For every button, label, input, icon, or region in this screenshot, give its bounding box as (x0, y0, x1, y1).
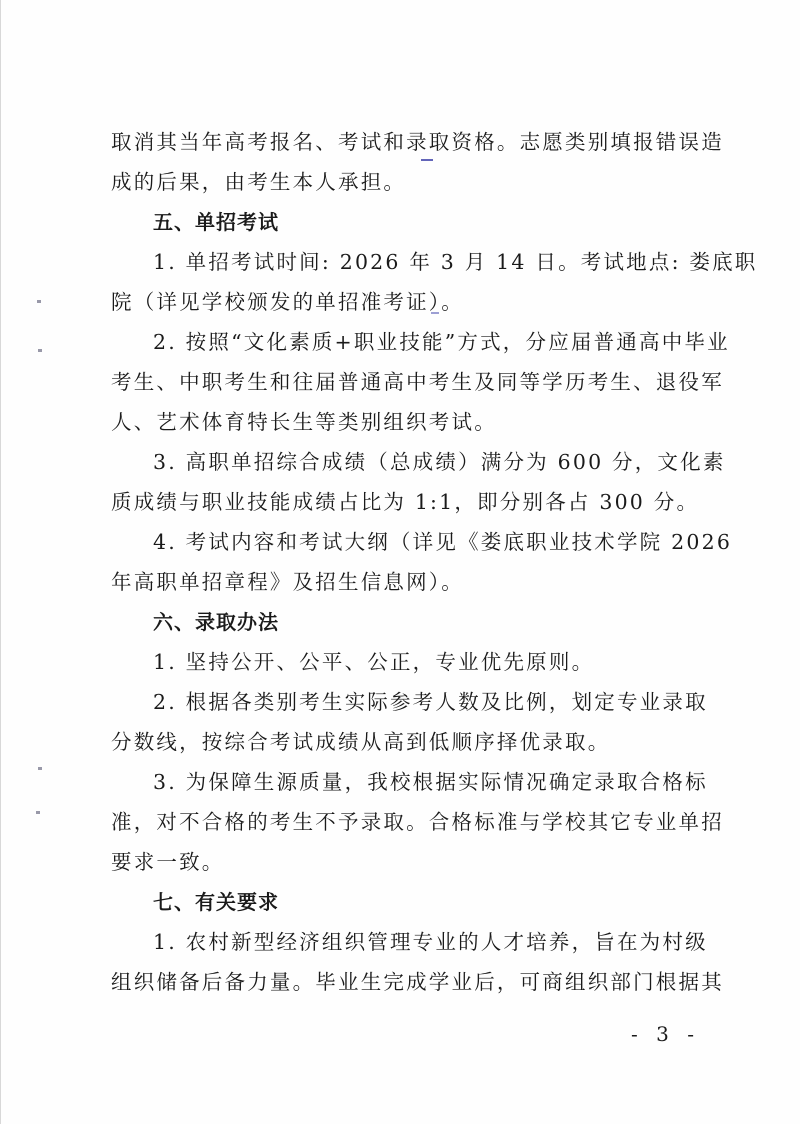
body-line: 分数线，按综合考试成绩从高到低顺序择优录取。 (111, 722, 696, 762)
body-line: 取消其当年高考报名、考试和录取资格。志愿类别填报错误造 (111, 122, 696, 162)
body-line: 1. 农村新型经济组织管理专业的人才培养，旨在为村级 (111, 922, 696, 962)
body-line: 考生、中职考生和往届普通高中考生及同等学历考生、退役军 (111, 362, 696, 402)
section-heading: 七、有关要求 (111, 882, 696, 922)
body-line: 1. 单招考试时间: 2026 年 3 月 14 日。考试地点: 娄底职 (111, 242, 696, 282)
body-line: 2. 根据各类别考生实际参考人数及比例，划定专业录取 (111, 682, 696, 722)
body-line: 质成绩与职业技能成绩占比为 1:1，即分别各占 300 分。 (111, 482, 696, 522)
document-body: 取消其当年高考报名、考试和录取资格。志愿类别填报错误造 成的后果，由考生本人承担… (111, 122, 696, 1002)
section-heading: 五、单招考试 (111, 202, 696, 242)
body-line: 成的后果，由考生本人承担。 (111, 162, 696, 202)
body-line: 院（详见学校颁发的单招准考证）。 (111, 282, 696, 322)
body-line: 3. 为保障生源质量，我校根据实际情况确定录取合格标 (111, 762, 696, 802)
body-line: 2. 按照“文化素质+职业技能”方式，分应届普通高中毕业 (111, 322, 696, 362)
body-line: 1. 坚持公开、公平、公正，专业优先原则。 (111, 642, 696, 682)
page-number: - 3 - (631, 1022, 700, 1046)
body-line: 要求一致。 (111, 842, 696, 882)
scan-speck (38, 767, 42, 770)
body-line: 组织储备后备力量。毕业生完成学业后，可商组织部门根据其 (111, 962, 696, 1002)
body-line: 人、艺术体育特长生等类别组织考试。 (111, 402, 696, 442)
section-heading: 六、录取办法 (111, 602, 696, 642)
body-line: 年高职单招章程》及招生信息网）。 (111, 562, 696, 602)
body-line: 4. 考试内容和考试大纲（详见《娄底职业技术学院 2026 (111, 522, 696, 562)
scan-speck (36, 811, 40, 814)
body-line: 准，对不合格的考生不予录取。合格标准与学校其它专业单招 (111, 802, 696, 842)
body-line: 3. 高职单招综合成绩（总成绩）满分为 600 分，文化素 (111, 442, 696, 482)
scan-speck (37, 300, 41, 303)
scan-speck (38, 349, 42, 352)
document-page: 取消其当年高考报名、考试和录取资格。志愿类别填报错误造 成的后果，由考生本人承担… (0, 0, 800, 1124)
